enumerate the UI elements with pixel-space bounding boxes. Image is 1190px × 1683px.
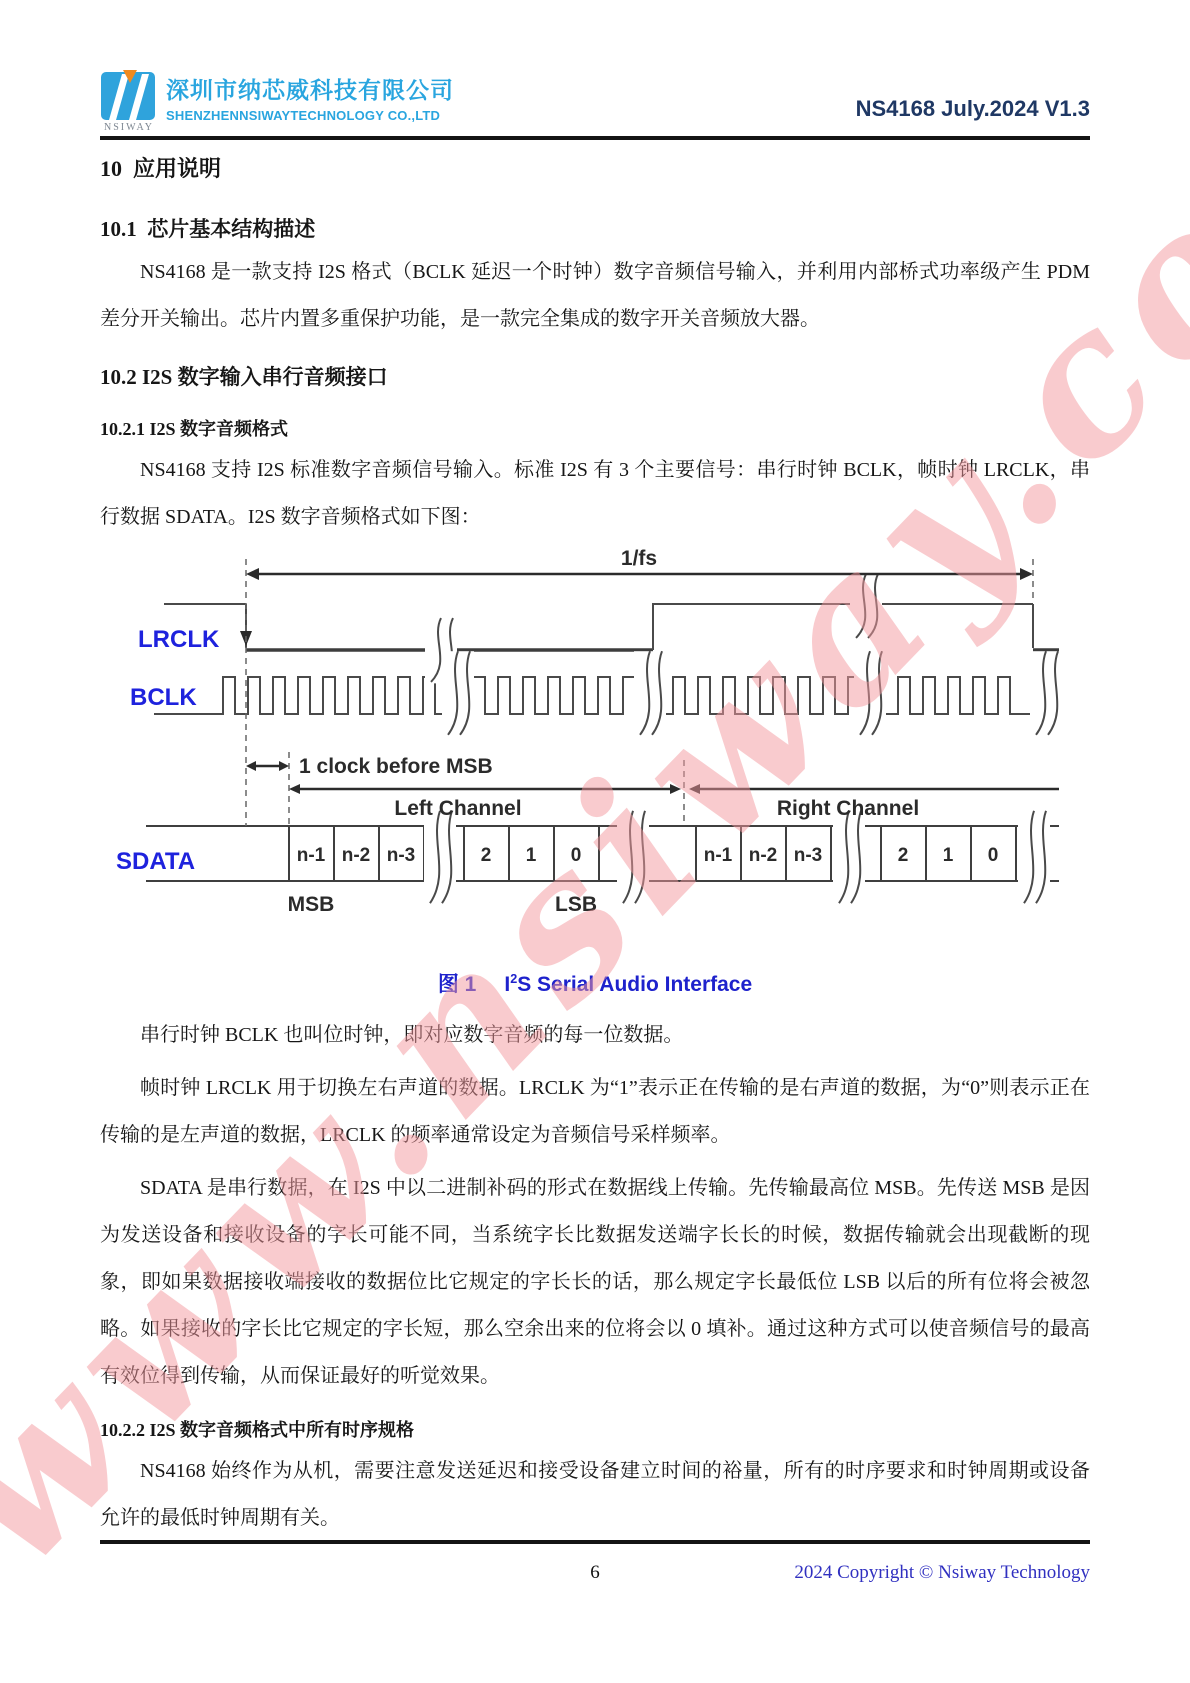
page-content: 10 应用说明 10.1 芯片基本结构描述 NS4168 是一款支持 I2S 格… xyxy=(100,140,1090,1542)
left-channel-label: Left Channel xyxy=(394,797,521,820)
heading-10-2-1: 10.2.1 I2S 数字音频格式 xyxy=(100,415,1090,441)
paragraph-10-2-1: NS4168 支持 I2S 标准数字音频信号输入。标准 I2S 有 3 个主要信… xyxy=(100,447,1090,541)
sdata-cell-label: n-1 xyxy=(704,845,733,866)
nsiway-logo-icon xyxy=(101,70,157,122)
page-number: 6 xyxy=(590,1562,600,1584)
sdata-cell-label: n-3 xyxy=(387,845,416,866)
heading-10-1: 10.1 芯片基本结构描述 xyxy=(100,213,1090,243)
fs-label: 1/fs xyxy=(621,549,657,570)
lrclk-signal-label: LRCLK xyxy=(138,626,220,653)
sdata-cell-label: n-3 xyxy=(794,845,823,866)
paragraph-lrclk: 帧时钟 LRCLK 用于切换左右声道的数据。LRCLK 为“1”表示正在传输的是… xyxy=(100,1065,1090,1159)
paragraph-10-1: NS4168 是一款支持 I2S 格式（BCLK 延迟一个时钟）数字音频信号输入… xyxy=(100,249,1090,343)
heading-10-2: 10.2 I2S 数字输入串行音频接口 xyxy=(100,361,1090,391)
sdata-signal-label: SDATA xyxy=(116,848,195,875)
break-marks xyxy=(424,574,1062,905)
page-header: NSIWAY 深圳市纳芯威科技有限公司 SHENZHENNSIWAYTECHNO… xyxy=(100,70,1090,140)
sdata-band: n-1 n-2 n-3 2 1 0 n-1 n-2 n-3 2 1 0 xyxy=(146,826,1059,881)
fs-period-arrow: 1/fs xyxy=(246,549,1033,580)
sdata-cell-label: n-2 xyxy=(749,845,778,866)
paragraph-sdata: SDATA 是串行数据，在 I2S 中以二进制补码的形式在数据线上传输。先传输最… xyxy=(100,1165,1090,1400)
sdata-cell-label: 1 xyxy=(943,845,954,866)
msb-label: MSB xyxy=(288,893,335,916)
bclk-signal-label: BCLK xyxy=(130,684,197,711)
lrclk-waveform xyxy=(164,604,1059,650)
company-name-en: SHENZHENNSIWAYTECHNOLOGY CO.,LTD xyxy=(166,108,454,123)
sdata-cell-label: n-1 xyxy=(297,845,326,866)
bclk-waveform xyxy=(154,677,1059,714)
one-clock-annotation: 1 clock before MSB xyxy=(246,755,493,778)
sdata-cell-label: n-2 xyxy=(342,845,371,866)
company-names: 深圳市纳芯威科技有限公司 SHENZHENNSIWAYTECHNOLOGY CO… xyxy=(166,70,454,123)
sdata-cell-label: 2 xyxy=(481,845,492,866)
sdata-cell-label: 0 xyxy=(571,845,582,866)
company-logo-block: NSIWAY 深圳市纳芯威科技有限公司 SHENZHENNSIWAYTECHNO… xyxy=(100,70,454,136)
sdata-cell-label: 0 xyxy=(988,845,999,866)
doc-reference: NS4168 July.2024 V1.3 xyxy=(856,96,1090,136)
heading-10-2-2: 10.2.2 I2S 数字音频格式中所有时序规格 xyxy=(100,1416,1090,1442)
heading-10: 10 应用说明 xyxy=(100,152,1090,183)
sdata-cell-label: 1 xyxy=(526,845,537,866)
sdata-cell-label: 2 xyxy=(898,845,909,866)
copyright-text: 2024 Copyright © Nsiway Technology xyxy=(794,1562,1090,1584)
paragraph-bclk: 串行时钟 BCLK 也叫位时钟，即对应数字音频的每一位数据。 xyxy=(100,1012,1090,1059)
figure-caption: 图 1I2S Serial Audio Interface xyxy=(100,968,1090,998)
company-name-zh: 深圳市纳芯威科技有限公司 xyxy=(166,72,454,105)
i2s-timing-figure: n-1 n-2 n-3 2 1 0 n-1 n-2 n-3 2 1 0 xyxy=(106,549,1066,926)
page-footer: 6 2024 Copyright © Nsiway Technology xyxy=(100,1540,1090,1544)
logo-caption: NSIWAY xyxy=(104,122,154,133)
company-logo: NSIWAY xyxy=(100,70,158,133)
i2s-timing-diagram: n-1 n-2 n-3 2 1 0 n-1 n-2 n-3 2 1 0 xyxy=(106,549,1066,921)
right-channel-label: Right Channel xyxy=(777,797,919,820)
datasheet-page: NSIWAY 深圳市纳芯威科技有限公司 SHENZHENNSIWAYTECHNO… xyxy=(0,0,1190,1683)
figure-caption-number: 图 1 xyxy=(438,973,477,996)
channel-annotations: Left Channel Right Channel xyxy=(289,784,1059,820)
paragraph-10-2-2: NS4168 始终作为从机，需要注意发送延迟和接受设备建立时间的裕量，所有的时序… xyxy=(100,1448,1090,1542)
one-clock-label: 1 clock before MSB xyxy=(299,755,493,778)
lsb-label: LSB xyxy=(555,893,597,916)
figure-caption-title: I2S Serial Audio Interface xyxy=(504,973,752,996)
